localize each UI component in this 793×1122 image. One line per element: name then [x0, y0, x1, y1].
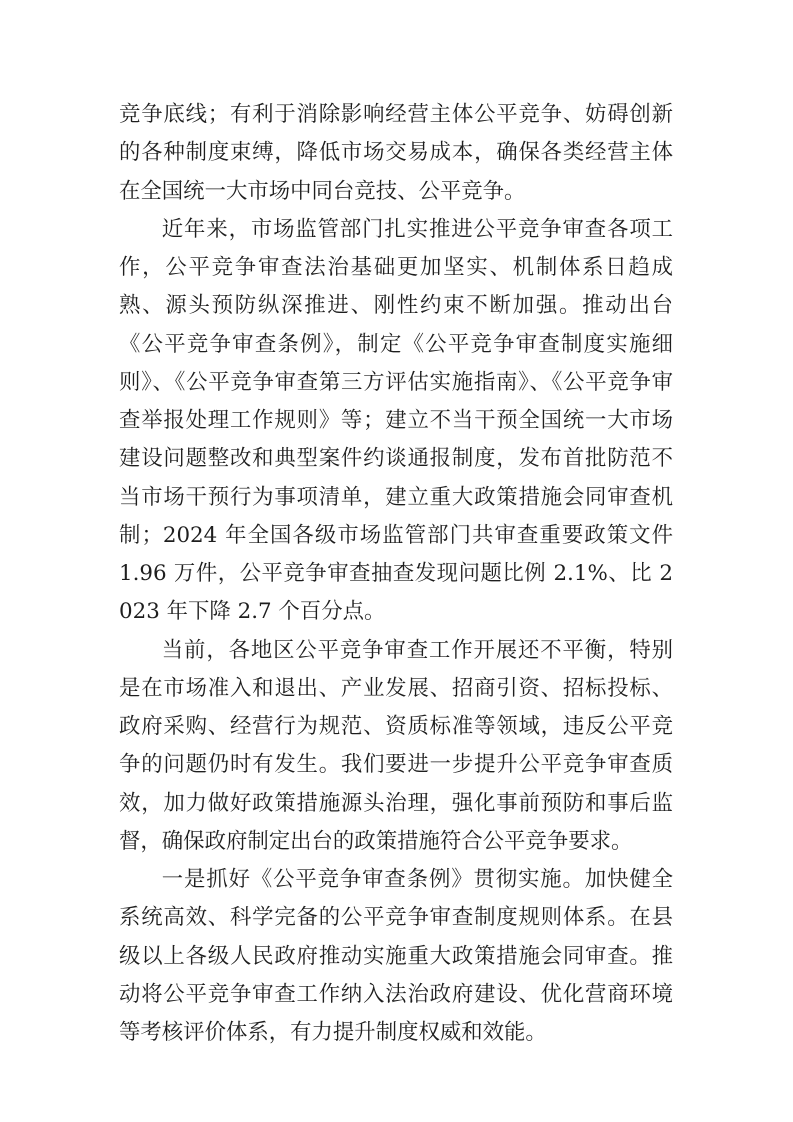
- document-body: 竞争底线；有利于消除影响经营主体公平竞争、妨碍创新的各种制度束缚，降低市场交易成…: [119, 96, 673, 1052]
- body-paragraph-2: 近年来，市场监管部门扎实推进公平竞争审查各项工作，公平竞争审查法治基础更加坚实、…: [119, 211, 673, 632]
- body-paragraph-3: 当前，各地区公平竞争审查工作开展还不平衡，特别是在市场准入和退出、产业发展、招商…: [119, 632, 673, 862]
- body-paragraph-1: 竞争底线；有利于消除影响经营主体公平竞争、妨碍创新的各种制度束缚，降低市场交易成…: [119, 96, 673, 211]
- body-paragraph-4: 一是抓好《公平竞争审查条例》贯彻实施。加快健全系统高效、科学完备的公平竞争审查制…: [119, 861, 673, 1052]
- document-page: 竞争底线；有利于消除影响经营主体公平竞争、妨碍创新的各种制度束缚，降低市场交易成…: [0, 0, 793, 1122]
